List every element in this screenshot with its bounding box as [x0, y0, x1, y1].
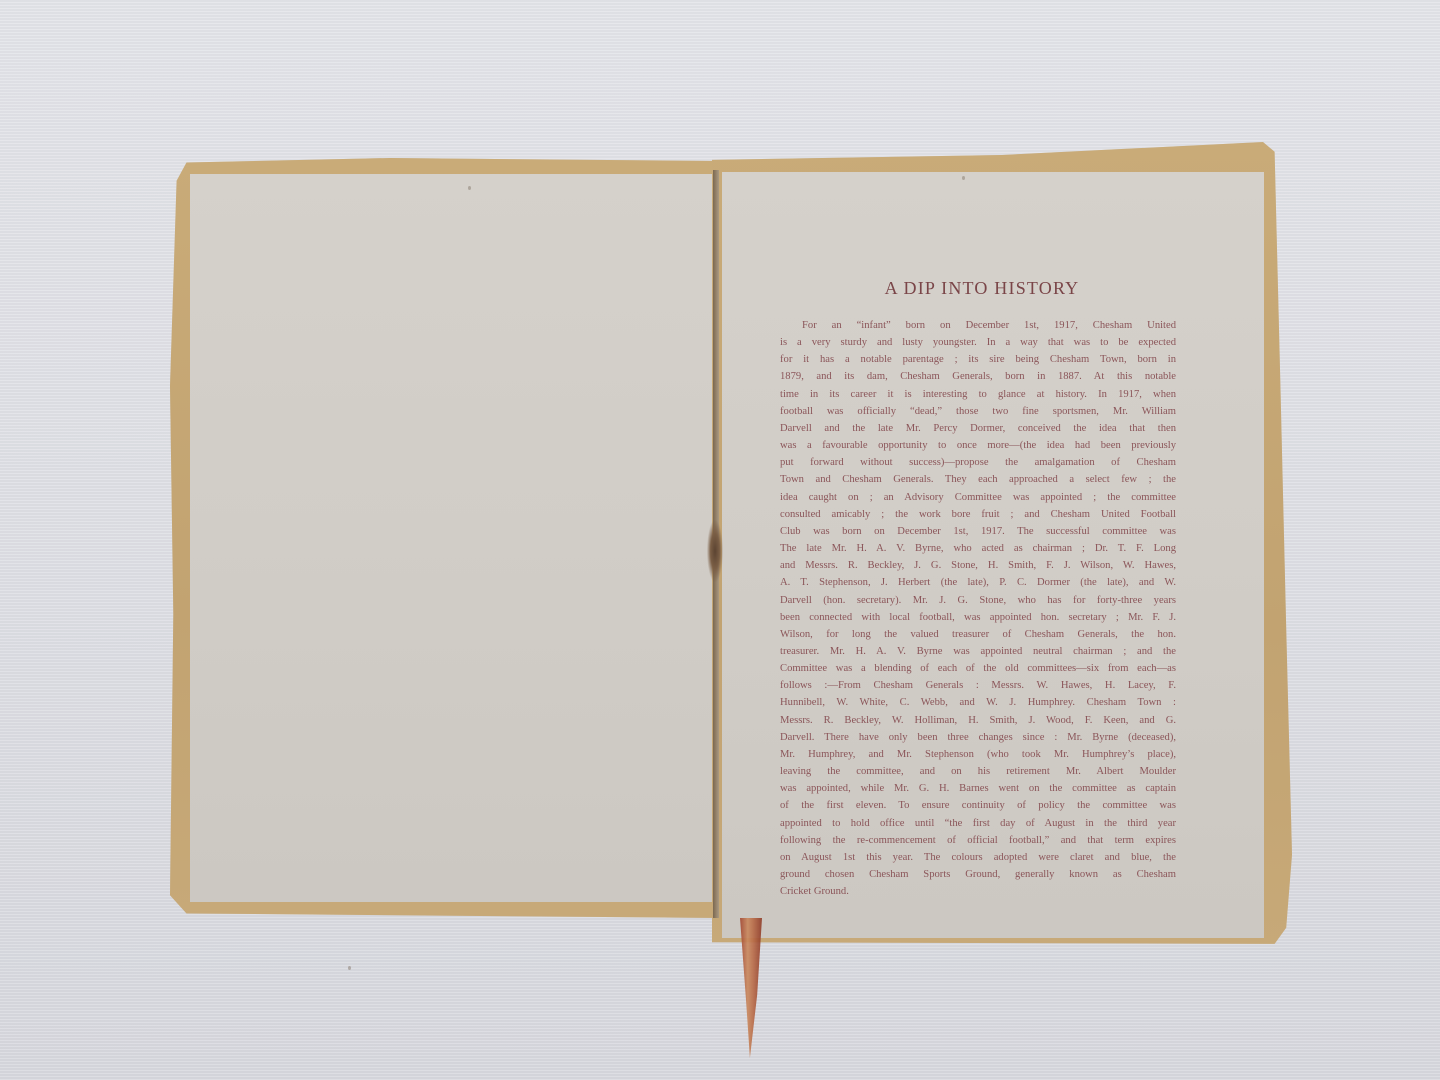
page-heading: A DIP INTO HISTORY: [780, 278, 1184, 299]
text-line: treasurer. Mr. H. A. V. Byrne was appoin…: [780, 643, 1176, 660]
text-line: following the re-commencement of officia…: [780, 832, 1176, 849]
speck: [468, 186, 471, 190]
text-line: time in its career it is interesting to …: [780, 386, 1176, 403]
text-line: put forward without success)—propose the…: [780, 454, 1176, 471]
bookmark-ribbon: [740, 918, 762, 1058]
text-line: Darvell (hon. secretary). Mr. J. G. Ston…: [780, 592, 1176, 609]
text-line: Hunnibell, W. White, C. Webb, and W. J. …: [780, 694, 1176, 711]
text-line: 1879, and its dam, Chesham Generals, bor…: [780, 368, 1176, 385]
text-line: appointed to hold office until “the firs…: [780, 815, 1176, 832]
text-line: Cricket Ground.: [780, 883, 1176, 900]
binding-tear: [707, 520, 723, 582]
left-page: [170, 158, 720, 918]
text-line: Committee was a blending of each of the …: [780, 660, 1176, 677]
text-line: been connected with local football, was …: [780, 609, 1176, 626]
text-line: consulted amicably ; the work bore fruit…: [780, 506, 1176, 523]
text-line: follows :—From Chesham Generals : Messrs…: [780, 677, 1176, 694]
text-line: was appointed, while Mr. G. H. Barnes we…: [780, 780, 1176, 797]
text-line: The late Mr. H. A. V. Byrne, who acted a…: [780, 540, 1176, 557]
text-line: Town and Chesham Generals. They each app…: [780, 471, 1176, 488]
text-line: leaving the committee, and on his retire…: [780, 763, 1176, 780]
text-line: idea caught on ; an Advisory Committee w…: [780, 489, 1176, 506]
text-line: Darvell and the late Mr. Percy Dormer, c…: [780, 420, 1176, 437]
text-line: for it has a notable parentage ; its sir…: [780, 351, 1176, 368]
text-line: Wilson, for long the valued treasurer of…: [780, 626, 1176, 643]
text-line: A. T. Stephenson, J. Herbert (the late),…: [780, 574, 1176, 591]
text-line: was a favourable opportunity to once mor…: [780, 437, 1176, 454]
text-line: ground chosen Chesham Sports Ground, gen…: [780, 866, 1176, 883]
text-line: Mr. Humphrey, and Mr. Stephenson (who to…: [780, 746, 1176, 763]
speck: [962, 176, 965, 180]
text-line: Messrs. R. Beckley, W. Holliman, H. Smit…: [780, 712, 1176, 729]
text-line: Club was born on December 1st, 1917. The…: [780, 523, 1176, 540]
speck: [348, 966, 351, 970]
text-line: of the first eleven. To ensure continuit…: [780, 797, 1176, 814]
text-line: For an “infant” born on December 1st, 19…: [780, 317, 1176, 334]
history-paragraph: For an “infant” born on December 1st, 19…: [780, 317, 1176, 900]
open-booklet: A DIP INTO HISTORY For an “infant” born …: [0, 0, 1440, 1080]
text-line: on August 1st this year. The colours ado…: [780, 849, 1176, 866]
text-line: is a very sturdy and lusty youngster. In…: [780, 334, 1176, 351]
text-line: football was officially “dead,” those tw…: [780, 403, 1176, 420]
text-line: and Messrs. R. Beckley, J. G. Stone, H. …: [780, 557, 1176, 574]
text-line: Darvell. There have only been three chan…: [780, 729, 1176, 746]
left-page-blank-area: [190, 174, 716, 902]
